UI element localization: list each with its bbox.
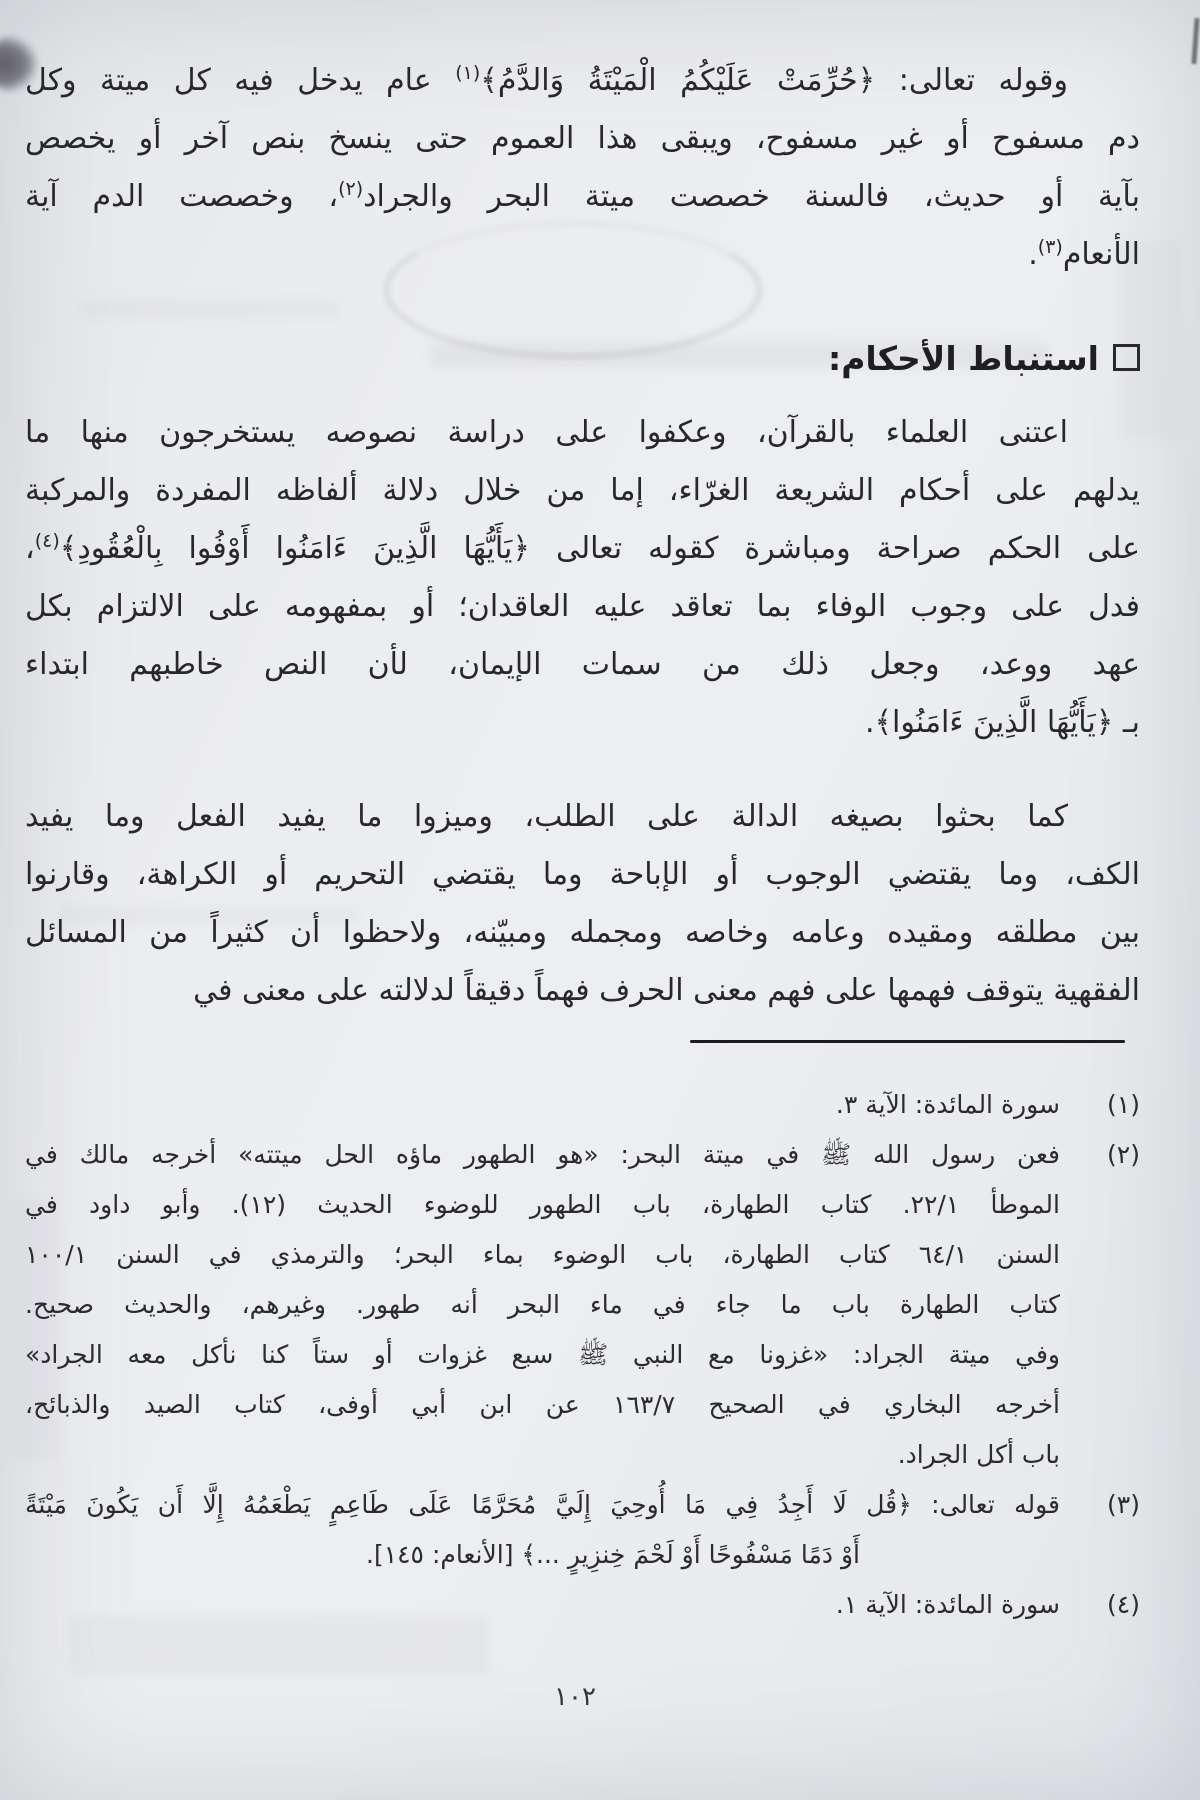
scanned-book-page: وقوله تعالى: ﴿حُرِّمَتْ عَلَيْكُمُ الْمَ…	[0, 0, 1200, 1800]
body-line: يدلهم على أحكام الشريعة الغرّاء، إما من …	[25, 462, 1140, 520]
quran-verse: قوله تعالى: ﴿قُل لَا أَجِدُ فِي مَا أُوح…	[25, 1480, 1060, 1530]
square-bullet-icon	[1113, 344, 1140, 371]
page-number: ١٠٢	[0, 1672, 1150, 1722]
paragraph-2: اعتنى العلماء بالقرآن، وعكفوا على دراسة …	[25, 404, 1140, 752]
footnote-text: سورة المائدة: الآية ٣.	[25, 1080, 1060, 1130]
section-header: استنباط الأحكام:	[25, 330, 1140, 388]
line-text: عام يدخل فيه كل ميتة وكل	[25, 63, 455, 98]
line-text: وقوله تعالى: ﴿حُرِّمَتْ عَلَيْكُمُ الْمَ…	[480, 63, 1068, 98]
quran-verse: بـ ﴿يَأَيُّهَا الَّذِينَ ءَامَنُوا﴾.	[25, 694, 1140, 752]
footnote-text: فعن رسول الله ﷺ في ميتة البحر: «هو الطهو…	[25, 1130, 1060, 1480]
footnote-line: سورة المائدة: الآية ٣.	[25, 1080, 1060, 1130]
paragraph-1: وقوله تعالى: ﴿حُرِّمَتْ عَلَيْكُمُ الْمَ…	[25, 52, 1140, 284]
footnote-ref: (٤)	[35, 530, 60, 552]
footnote-text: قوله تعالى: ﴿قُل لَا أَجِدُ فِي مَا أُوح…	[25, 1480, 1060, 1580]
scan-edge-mark	[1191, 18, 1199, 64]
line-text: ،	[25, 531, 35, 566]
body-line: الكف، وما يقتضي الوجوب أو الإباحة وما يق…	[25, 846, 1140, 904]
body-line: فدل على وجوب الوفاء بما تعاقد عليه العاق…	[25, 578, 1140, 636]
body-line: على الحكم صراحة ومباشرة كقوله تعالى ﴿يَأ…	[25, 520, 1140, 578]
footnote-line: الموطأ ٢٢/١. كتاب الطهارة، باب الطهور لل…	[25, 1180, 1060, 1230]
footnote-separator	[690, 1040, 1125, 1043]
footnote-line: فعن رسول الله ﷺ في ميتة البحر: «هو الطهو…	[25, 1130, 1060, 1180]
body-line: وقوله تعالى: ﴿حُرِّمَتْ عَلَيْكُمُ الْمَ…	[25, 52, 1140, 110]
footnote-marker: (٣)	[1084, 1480, 1140, 1530]
footnote-2: (٢) فعن رسول الله ﷺ في ميتة البحر: «هو ا…	[25, 1130, 1140, 1480]
footnote-3: (٣) قوله تعالى: ﴿قُل لَا أَجِدُ فِي مَا …	[25, 1480, 1140, 1580]
footnote-marker: (٢)	[1084, 1130, 1140, 1180]
footnote-line: السنن ٦٤/١ كتاب الطهارة، باب الوضوء بماء…	[25, 1230, 1060, 1280]
line-text: بآية أو حديث، فالسنة خصصت ميتة البحر وال…	[363, 179, 1140, 214]
paragraph-3: كما بحثوا بصيغه الدالة على الطلب، وميزوا…	[25, 788, 1140, 1020]
footnote-ref: (٢)	[338, 178, 363, 200]
body-line: كما بحثوا بصيغه الدالة على الطلب، وميزوا…	[25, 788, 1140, 846]
footnote-line: أخرجه البخاري في الصحيح ١٦٣/٧ عن ابن أبي…	[25, 1380, 1060, 1430]
footnote-1: (١) سورة المائدة: الآية ٣.	[25, 1080, 1140, 1130]
footnote-line: وفي ميتة الجراد: «غزونا مع النبي ﷺ سبع غ…	[25, 1330, 1060, 1380]
section-header-label: استنباط الأحكام:	[828, 339, 1099, 378]
body-line: اعتنى العلماء بالقرآن، وعكفوا على دراسة …	[25, 404, 1140, 462]
footnote-text: سورة المائدة: الآية ١.	[25, 1580, 1060, 1630]
footnote-marker: (١)	[1084, 1080, 1140, 1130]
line-text: .	[1028, 237, 1038, 272]
line-text: الأنعام	[1063, 237, 1140, 272]
footnote-line: كتاب الطهارة باب ما جاء في ماء البحر أنه…	[25, 1280, 1060, 1330]
body-line: عهد ووعد، وجعل ذلك من سمات الإيمان، لأن …	[25, 636, 1140, 694]
quran-verse: أَوْ دَمًا مَسْفُوحًا أَوْ لَحْمَ خِنزِي…	[25, 1530, 1060, 1580]
body-line: بآية أو حديث، فالسنة خصصت ميتة البحر وال…	[25, 168, 1140, 226]
footnote-4: (٤) سورة المائدة: الآية ١.	[25, 1580, 1140, 1630]
footnote-ref: (٣)	[1038, 236, 1063, 258]
footnotes-section: (١) سورة المائدة: الآية ٣. (٢) فعن رسول …	[25, 1080, 1140, 1630]
body-line: بين مطلقه ومقيده وعامه وخاصه ومجمله ومبي…	[25, 904, 1140, 962]
quran-verse: على الحكم صراحة ومباشرة كقوله تعالى ﴿يَأ…	[60, 531, 1140, 566]
bleedthrough-ghost-text	[80, 300, 340, 318]
body-line: الأنعام(٣).	[25, 226, 1140, 284]
footnote-marker: (٤)	[1084, 1580, 1140, 1630]
footnote-line: سورة المائدة: الآية ١.	[25, 1580, 1060, 1630]
body-line: دم مسفوح أو غير مسفوح، ويبقى هذا العموم …	[25, 110, 1140, 168]
footnote-line: باب أكل الجراد.	[25, 1430, 1060, 1480]
line-text: ، وخصصت الدم آية	[25, 179, 338, 214]
body-line: الفقهية يتوقف فهمها على فهم معنى الحرف ف…	[25, 962, 1140, 1020]
footnote-ref: (١)	[455, 62, 480, 84]
